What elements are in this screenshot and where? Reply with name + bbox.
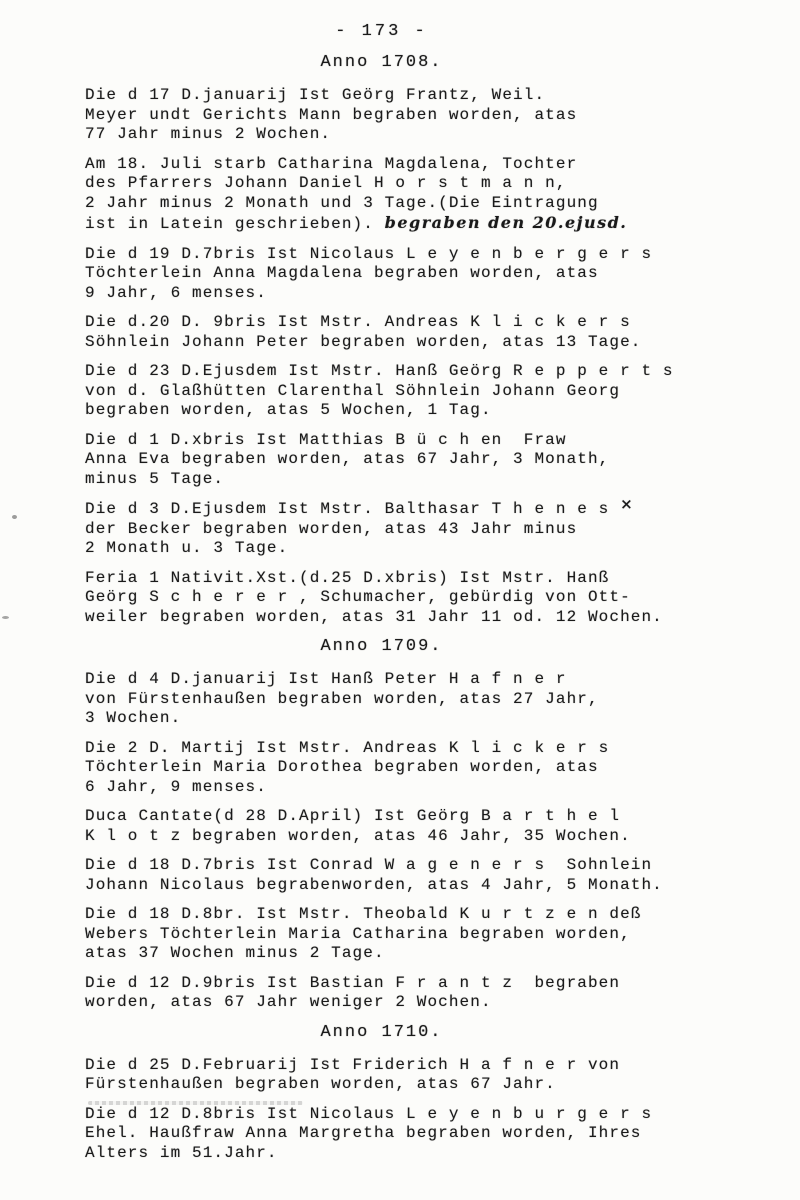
burial-entry: Die d.20 D. 9bris Ist Mstr. Andreas K l …	[85, 313, 764, 352]
scan-speck-artifact	[2, 616, 9, 619]
entry-typed-text: Die d 3 D.Ejusdem Ist Mstr. Balthasar T …	[85, 500, 620, 518]
burial-entry: Die d 19 D.7bris Ist Nicolaus L e y e n …	[85, 245, 764, 304]
burial-entry: Die d 23 D.Ejusdem Ist Mstr. Hanß Geörg …	[85, 362, 764, 421]
section-heading-anno-1710: Anno 1710.	[85, 1023, 764, 1042]
burial-entry: Die d 18 D.8br. Ist Mstr. Theobald K u r…	[85, 905, 764, 964]
page-number: - 173 -	[85, 22, 764, 41]
scan-speck-artifact	[12, 515, 17, 519]
burial-entry: Die d 25 D.Februarij Ist Friderich H a f…	[85, 1056, 764, 1095]
burial-entry: Die d 17 D.januarij Ist Geörg Frantz, We…	[85, 86, 764, 145]
burial-entry: Die 2 D. Martij Ist Mstr. Andreas K l i …	[85, 739, 764, 798]
entry-typed-text: der Becker begraben worden, atas 43 Jahr…	[85, 520, 577, 558]
handwritten-annotation: begraben den 20.ejusd.	[385, 213, 628, 232]
burial-entry: Die d 1 D.xbris Ist Matthias B ü c h en …	[85, 431, 764, 490]
burial-entry: Die d 12 D.8bris Ist Nicolaus L e y e n …	[85, 1105, 764, 1164]
burial-entry: Die d 12 D.9bris Ist Bastian F r a n t z…	[85, 974, 764, 1013]
handwritten-x-mark: ×	[620, 495, 634, 513]
burial-entry: Duca Cantate(d 28 D.April) Ist Geörg B a…	[85, 807, 764, 846]
section-heading-anno-1709: Anno 1709.	[85, 637, 764, 656]
burial-entry: Die d 3 D.Ejusdem Ist Mstr. Balthasar T …	[85, 499, 764, 559]
burial-entry: Die d 18 D.7bris Ist Conrad W a g e n e …	[85, 856, 764, 895]
scanned-document-page: - 173 - Anno 1708. Die d 17 D.januarij I…	[0, 0, 800, 1200]
scan-smudge-artifact	[88, 1101, 303, 1105]
burial-entry: Die d 4 D.januarij Ist Hanß Peter H a f …	[85, 670, 764, 729]
burial-entry: Am 18. Juli starb Catharina Magdalena, T…	[85, 155, 764, 235]
section-heading-anno-1708: Anno 1708.	[85, 53, 764, 72]
burial-entry: Feria 1 Nativit.Xst.(d.25 D.xbris) Ist M…	[85, 569, 764, 628]
